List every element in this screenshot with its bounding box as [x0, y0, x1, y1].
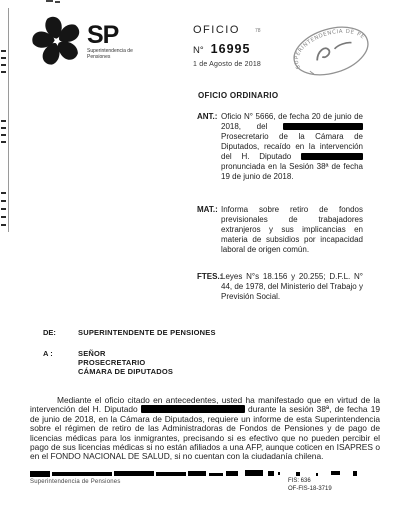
scan-artifact — [1, 134, 6, 136]
scan-artifact — [55, 1, 60, 3]
oficio-number-value: 16995 — [211, 42, 251, 56]
footer-code-of: OF-FIS-18-3719 — [288, 485, 332, 493]
to-row: A : SEÑOR PROSECRETARIO CÁMARA DE DIPUTA… — [43, 349, 216, 376]
scan-artifact — [1, 64, 6, 66]
scan-artifact — [1, 216, 6, 218]
ant-text: Oficio N° 5666, de fecha 20 de junio de … — [221, 112, 363, 182]
oficio-header: OFICIO N°16995 1 de Agosto de 2018 — [193, 24, 261, 68]
logo-caption: Superintendencia de Pensiones — [87, 48, 133, 60]
ant-label: ANT.: — [197, 112, 217, 121]
logo-sp-text: SP — [87, 24, 133, 46]
scan-edge-line — [8, 8, 9, 232]
footer-redaction — [296, 472, 300, 476]
scan-artifact — [1, 192, 6, 194]
sp-logo: SP Superintendencia de Pensiones — [30, 15, 133, 67]
mat-text: Informa sobre retiro de fondos prevision… — [221, 205, 363, 255]
addressing-block: DE: SUPERINTENDENTE DE PENSIONES A : SEÑ… — [43, 328, 216, 376]
stamp-signature-scribble — [314, 47, 330, 60]
superintendencia-stamp-icon: SUPERINTENDENCIA DE PENSIONES — [288, 22, 374, 80]
reference-ant: ANT.: Oficio N° 5666, de fecha 20 de jun… — [197, 112, 363, 182]
redaction-bar — [141, 405, 245, 413]
footer-redaction — [114, 471, 154, 476]
oficio-number-prefix: N° — [193, 45, 204, 56]
footer-redaction — [316, 473, 318, 476]
redaction-bar — [301, 153, 363, 160]
scanned-oficio-document: SP Superintendencia de Pensiones OFICIO … — [0, 0, 400, 517]
footer-code-fis: FIS: 636 — [288, 477, 332, 485]
scan-artifact — [46, 0, 53, 2]
reference-ftes: FTES.: Leyes N°s 18.156 y 20.255; D.F.L.… — [197, 272, 363, 302]
doc-type-heading: OFICIO ORDINARIO — [198, 91, 278, 100]
to-line: SEÑOR — [78, 349, 216, 358]
footer-redaction — [353, 471, 357, 476]
from-label: DE: — [43, 328, 56, 337]
sp-star-logo-icon — [30, 15, 84, 67]
from-row: DE: SUPERINTENDENTE DE PENSIONES — [43, 328, 216, 337]
footer-redaction — [245, 470, 263, 476]
scan-artifact — [1, 208, 6, 210]
footer-file-codes: FIS: 636 OF-FIS-18-3719 — [288, 477, 332, 493]
oficio-date: 1 de Agosto de 2018 — [193, 61, 261, 68]
footer-redaction — [52, 472, 112, 476]
from-value: SUPERINTENDENTE DE PENSIONES — [78, 328, 216, 337]
ftes-text: Leyes N°s 18.156 y 20.255; D.F.L. N° 44,… — [221, 272, 363, 302]
scan-artifact — [1, 50, 6, 52]
oficio-label: OFICIO — [193, 24, 261, 36]
footer-redaction — [268, 471, 274, 476]
scan-corner-mark: 78 — [255, 28, 261, 34]
to-value: SEÑOR PROSECRETARIO CÁMARA DE DIPUTADOS — [78, 349, 216, 376]
redaction-bar — [283, 123, 363, 130]
to-label: A : — [43, 349, 53, 358]
ftes-label: FTES.: — [197, 272, 222, 281]
scan-artifact — [1, 57, 6, 59]
footer-org-name: Superintendencia de Pensiones — [30, 479, 121, 485]
footer-redaction — [188, 471, 206, 476]
mat-label: MAT.: — [197, 205, 218, 214]
oficio-number: N°16995 — [193, 40, 261, 58]
footer-redaction — [156, 472, 186, 476]
to-line: CÁMARA DE DIPUTADOS — [78, 367, 216, 376]
scan-artifact — [1, 224, 6, 226]
footer-redaction — [226, 471, 238, 476]
footer-redaction — [209, 473, 223, 476]
scan-artifact — [1, 141, 6, 143]
reference-mat: MAT.: Informa sobre retiro de fondos pre… — [197, 205, 363, 255]
scan-artifact — [1, 200, 6, 202]
scan-artifact — [1, 71, 6, 73]
scan-artifact — [1, 120, 6, 122]
scan-artifact — [1, 127, 6, 129]
to-line: PROSECRETARIO — [78, 358, 216, 367]
footer-redaction — [278, 472, 280, 475]
footer-redaction — [30, 471, 50, 477]
body-paragraph: Mediante el oficio citado en antecedente… — [30, 396, 380, 462]
footer-redaction — [331, 471, 340, 475]
